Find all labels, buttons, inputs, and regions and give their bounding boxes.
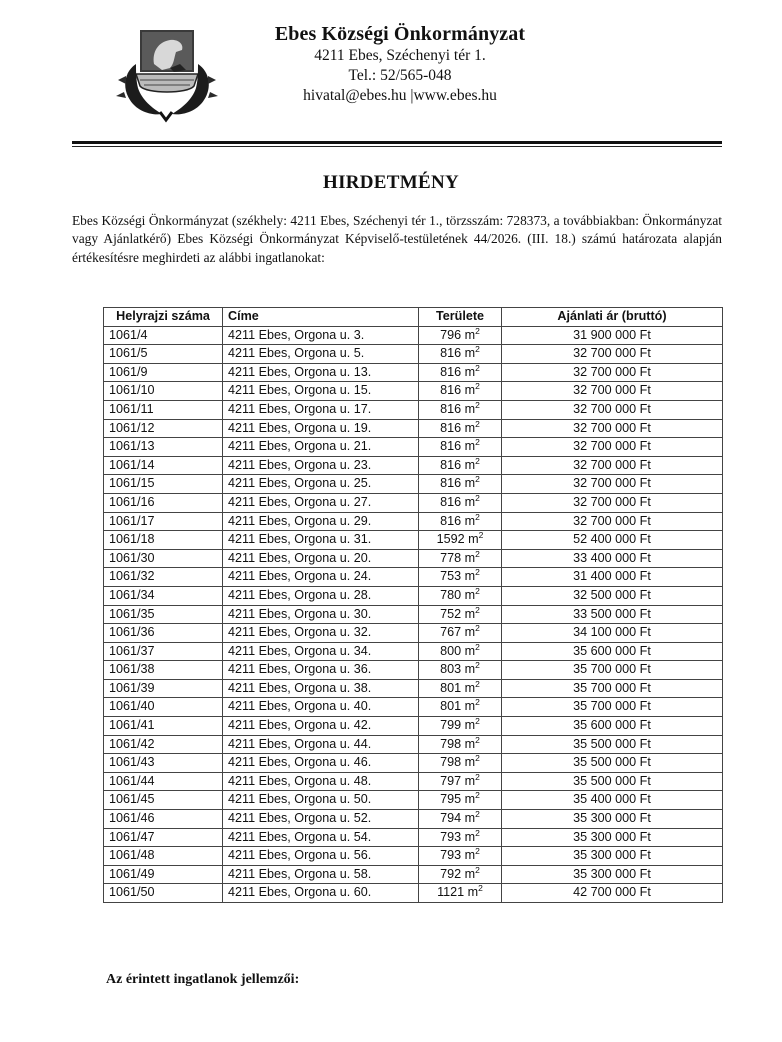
- area-unit: m: [465, 607, 476, 621]
- area-unit: m: [465, 625, 476, 639]
- cell-hrsz: 1061/36: [104, 624, 223, 643]
- area-unit-exponent: 2: [475, 605, 480, 615]
- area-unit: m: [465, 383, 476, 397]
- area-unit-exponent: 2: [475, 493, 480, 503]
- area-unit-exponent: 2: [475, 735, 480, 745]
- area-unit-exponent: 2: [475, 419, 480, 429]
- page-title: HIRDETMÉNY: [0, 172, 782, 194]
- cell-address: 4211 Ebes, Orgona u. 24.: [223, 568, 419, 587]
- cell-price: 35 700 000 Ft: [502, 679, 723, 698]
- cell-address: 4211 Ebes, Orgona u. 28.: [223, 586, 419, 605]
- cell-area: 793 m2: [419, 828, 502, 847]
- area-value: 816: [440, 383, 461, 397]
- column-header-area: Területe: [419, 308, 502, 327]
- area-unit: m: [468, 532, 479, 546]
- area-unit: m: [465, 569, 476, 583]
- cell-hrsz: 1061/38: [104, 661, 223, 680]
- cell-hrsz: 1061/47: [104, 828, 223, 847]
- area-unit-exponent: 2: [475, 623, 480, 633]
- area-value: 801: [440, 681, 461, 695]
- cell-address: 4211 Ebes, Orgona u. 32.: [223, 624, 419, 643]
- area-unit-exponent: 2: [475, 809, 480, 819]
- cell-area: 780 m2: [419, 586, 502, 605]
- cell-hrsz: 1061/13: [104, 438, 223, 457]
- table-row: 1061/164211 Ebes, Orgona u. 27.816 m232 …: [104, 493, 723, 512]
- cell-hrsz: 1061/48: [104, 847, 223, 866]
- area-value: 797: [440, 774, 461, 788]
- cell-price: 35 400 000 Ft: [502, 791, 723, 810]
- area-unit-exponent: 2: [475, 790, 480, 800]
- cell-address: 4211 Ebes, Orgona u. 46.: [223, 754, 419, 773]
- area-unit: m: [465, 662, 476, 676]
- header-divider: [72, 141, 722, 144]
- cell-price: 32 700 000 Ft: [502, 400, 723, 419]
- area-value: 793: [440, 830, 461, 844]
- cell-address: 4211 Ebes, Orgona u. 56.: [223, 847, 419, 866]
- cell-price: 35 700 000 Ft: [502, 661, 723, 680]
- table-row: 1061/144211 Ebes, Orgona u. 23.816 m232 …: [104, 456, 723, 475]
- area-value: 796: [440, 328, 461, 342]
- table-row: 1061/454211 Ebes, Orgona u. 50.795 m235 …: [104, 791, 723, 810]
- area-unit-exponent: 2: [475, 549, 480, 559]
- area-unit-exponent: 2: [475, 772, 480, 782]
- column-header-price: Ajánlati ár (bruttó): [502, 308, 723, 327]
- table-row: 1061/304211 Ebes, Orgona u. 20.778 m233 …: [104, 549, 723, 568]
- area-unit-exponent: 2: [475, 660, 480, 670]
- header-divider-thin: [72, 146, 722, 147]
- table-row: 1061/484211 Ebes, Orgona u. 56.793 m235 …: [104, 847, 723, 866]
- area-unit-exponent: 2: [475, 381, 480, 391]
- area-unit-exponent: 2: [475, 679, 480, 689]
- area-unit: m: [465, 681, 476, 695]
- cell-hrsz: 1061/43: [104, 754, 223, 773]
- cell-address: 4211 Ebes, Orgona u. 48.: [223, 772, 419, 791]
- cell-price: 32 700 000 Ft: [502, 456, 723, 475]
- area-value: 767: [440, 625, 461, 639]
- area-unit-exponent: 2: [475, 567, 480, 577]
- cell-price: 32 700 000 Ft: [502, 419, 723, 438]
- cell-price: 32 700 000 Ft: [502, 512, 723, 531]
- area-unit: m: [465, 551, 476, 565]
- cell-hrsz: 1061/17: [104, 512, 223, 531]
- table-row: 1061/494211 Ebes, Orgona u. 58.792 m235 …: [104, 865, 723, 884]
- cell-area: 794 m2: [419, 810, 502, 829]
- area-value: 794: [440, 811, 461, 825]
- cell-price: 34 100 000 Ft: [502, 624, 723, 643]
- cell-hrsz: 1061/41: [104, 717, 223, 736]
- intro-paragraph: Ebes Községi Önkormányzat (székhely: 421…: [72, 212, 722, 267]
- table-row: 1061/364211 Ebes, Orgona u. 32.767 m234 …: [104, 624, 723, 643]
- area-unit: m: [465, 439, 476, 453]
- cell-hrsz: 1061/49: [104, 865, 223, 884]
- area-unit: m: [465, 792, 476, 806]
- cell-price: 32 700 000 Ft: [502, 382, 723, 401]
- table-row: 1061/124211 Ebes, Orgona u. 19.816 m232 …: [104, 419, 723, 438]
- cell-hrsz: 1061/12: [104, 419, 223, 438]
- area-unit: m: [465, 588, 476, 602]
- area-unit-exponent: 2: [475, 697, 480, 707]
- cell-hrsz: 1061/35: [104, 605, 223, 624]
- organization-name: Ebes Községi Önkormányzat: [230, 22, 570, 46]
- cell-address: 4211 Ebes, Orgona u. 34.: [223, 642, 419, 661]
- area-value: 816: [440, 458, 461, 472]
- area-unit-exponent: 2: [475, 400, 480, 410]
- coat-of-arms-icon: [114, 24, 218, 124]
- cell-area: 1121 m2: [419, 884, 502, 903]
- cell-area: 792 m2: [419, 865, 502, 884]
- area-unit-exponent: 2: [475, 865, 480, 875]
- cell-hrsz: 1061/34: [104, 586, 223, 605]
- area-value: 1121: [437, 885, 464, 899]
- cell-price: 35 300 000 Ft: [502, 847, 723, 866]
- cell-area: 767 m2: [419, 624, 502, 643]
- cell-area: 816 m2: [419, 363, 502, 382]
- cell-price: 32 500 000 Ft: [502, 586, 723, 605]
- cell-price: 35 300 000 Ft: [502, 828, 723, 847]
- cell-price: 35 300 000 Ft: [502, 865, 723, 884]
- cell-price: 35 500 000 Ft: [502, 735, 723, 754]
- cell-address: 4211 Ebes, Orgona u. 20.: [223, 549, 419, 568]
- cell-area: 778 m2: [419, 549, 502, 568]
- area-unit-exponent: 2: [475, 586, 480, 596]
- cell-area: 799 m2: [419, 717, 502, 736]
- table-row: 1061/404211 Ebes, Orgona u. 40.801 m235 …: [104, 698, 723, 717]
- area-unit: m: [465, 365, 476, 379]
- cell-hrsz: 1061/16: [104, 493, 223, 512]
- area-unit-exponent: 2: [478, 883, 483, 893]
- cell-area: 801 m2: [419, 698, 502, 717]
- cell-price: 42 700 000 Ft: [502, 884, 723, 903]
- cell-address: 4211 Ebes, Orgona u. 40.: [223, 698, 419, 717]
- table-row: 1061/344211 Ebes, Orgona u. 28.780 m232 …: [104, 586, 723, 605]
- area-unit: m: [465, 644, 476, 658]
- area-value: 803: [440, 662, 461, 676]
- cell-area: 798 m2: [419, 735, 502, 754]
- cell-hrsz: 1061/45: [104, 791, 223, 810]
- area-value: 816: [440, 495, 461, 509]
- table-row: 1061/474211 Ebes, Orgona u. 54.793 m235 …: [104, 828, 723, 847]
- cell-area: 816 m2: [419, 512, 502, 531]
- area-value: 816: [440, 346, 461, 360]
- area-value: 752: [440, 607, 461, 621]
- area-unit: m: [465, 476, 476, 490]
- cell-address: 4211 Ebes, Orgona u. 27.: [223, 493, 419, 512]
- cell-hrsz: 1061/14: [104, 456, 223, 475]
- area-value: 793: [440, 848, 461, 862]
- area-unit: m: [465, 495, 476, 509]
- area-unit: m: [465, 755, 476, 769]
- cell-hrsz: 1061/11: [104, 400, 223, 419]
- area-value: 801: [440, 699, 461, 713]
- cell-address: 4211 Ebes, Orgona u. 31.: [223, 531, 419, 550]
- table-row: 1061/424211 Ebes, Orgona u. 44.798 m235 …: [104, 735, 723, 754]
- table-row: 1061/104211 Ebes, Orgona u. 15.816 m232 …: [104, 382, 723, 401]
- cell-price: 32 700 000 Ft: [502, 475, 723, 494]
- cell-area: 816 m2: [419, 400, 502, 419]
- area-unit: m: [465, 346, 476, 360]
- area-value: 778: [440, 551, 461, 565]
- table-row: 1061/504211 Ebes, Orgona u. 60.1121 m242…: [104, 884, 723, 903]
- area-unit: m: [465, 867, 476, 881]
- cell-address: 4211 Ebes, Orgona u. 29.: [223, 512, 419, 531]
- table-row: 1061/174211 Ebes, Orgona u. 29.816 m232 …: [104, 512, 723, 531]
- cell-area: 796 m2: [419, 326, 502, 345]
- area-unit-exponent: 2: [475, 456, 480, 466]
- area-unit: m: [465, 737, 476, 751]
- organization-phone: Tel.: 52/565-048: [230, 66, 570, 86]
- table-row: 1061/354211 Ebes, Orgona u. 30.752 m233 …: [104, 605, 723, 624]
- cell-area: 816 m2: [419, 345, 502, 364]
- cell-area: 798 m2: [419, 754, 502, 773]
- table-row: 1061/444211 Ebes, Orgona u. 48.797 m235 …: [104, 772, 723, 791]
- cell-area: 803 m2: [419, 661, 502, 680]
- cell-area: 753 m2: [419, 568, 502, 587]
- cell-hrsz: 1061/4: [104, 326, 223, 345]
- area-unit: m: [465, 514, 476, 528]
- area-unit: m: [465, 328, 476, 342]
- area-unit-exponent: 2: [475, 828, 480, 838]
- area-value: 816: [440, 439, 461, 453]
- table-row: 1061/374211 Ebes, Orgona u. 34.800 m235 …: [104, 642, 723, 661]
- cell-area: 801 m2: [419, 679, 502, 698]
- cell-area: 795 m2: [419, 791, 502, 810]
- cell-hrsz: 1061/30: [104, 549, 223, 568]
- table-row: 1061/154211 Ebes, Orgona u. 25.816 m232 …: [104, 475, 723, 494]
- area-unit: m: [465, 848, 476, 862]
- area-unit-exponent: 2: [475, 326, 480, 336]
- area-unit: m: [468, 885, 479, 899]
- organization-contact: hivatal@ebes.hu |www.ebes.hu: [230, 86, 570, 106]
- table-row: 1061/94211 Ebes, Orgona u. 13.816 m232 7…: [104, 363, 723, 382]
- organization-address: 4211 Ebes, Széchenyi tér 1.: [230, 46, 570, 66]
- cell-address: 4211 Ebes, Orgona u. 58.: [223, 865, 419, 884]
- cell-address: 4211 Ebes, Orgona u. 13.: [223, 363, 419, 382]
- property-table: Helyrajzi száma Címe Területe Ajánlati á…: [103, 307, 723, 903]
- cell-address: 4211 Ebes, Orgona u. 19.: [223, 419, 419, 438]
- cell-address: 4211 Ebes, Orgona u. 15.: [223, 382, 419, 401]
- area-value: 800: [440, 644, 461, 658]
- cell-hrsz: 1061/44: [104, 772, 223, 791]
- area-value: 795: [440, 792, 461, 806]
- column-header-hrsz: Helyrajzi száma: [104, 308, 223, 327]
- cell-area: 816 m2: [419, 419, 502, 438]
- cell-price: 35 700 000 Ft: [502, 698, 723, 717]
- cell-area: 793 m2: [419, 847, 502, 866]
- cell-price: 33 400 000 Ft: [502, 549, 723, 568]
- cell-price: 32 700 000 Ft: [502, 493, 723, 512]
- cell-hrsz: 1061/50: [104, 884, 223, 903]
- cell-price: 35 600 000 Ft: [502, 717, 723, 736]
- cell-price: 35 600 000 Ft: [502, 642, 723, 661]
- cell-price: 35 300 000 Ft: [502, 810, 723, 829]
- area-unit-exponent: 2: [475, 437, 480, 447]
- cell-address: 4211 Ebes, Orgona u. 23.: [223, 456, 419, 475]
- area-unit: m: [465, 811, 476, 825]
- area-value: 792: [440, 867, 461, 881]
- cell-hrsz: 1061/40: [104, 698, 223, 717]
- area-unit: m: [465, 699, 476, 713]
- cell-hrsz: 1061/9: [104, 363, 223, 382]
- cell-area: 816 m2: [419, 456, 502, 475]
- cell-price: 32 700 000 Ft: [502, 438, 723, 457]
- cell-address: 4211 Ebes, Orgona u. 38.: [223, 679, 419, 698]
- cell-area: 816 m2: [419, 382, 502, 401]
- cell-address: 4211 Ebes, Orgona u. 3.: [223, 326, 419, 345]
- area-unit-exponent: 2: [475, 474, 480, 484]
- cell-address: 4211 Ebes, Orgona u. 21.: [223, 438, 419, 457]
- cell-area: 800 m2: [419, 642, 502, 661]
- cell-hrsz: 1061/37: [104, 642, 223, 661]
- area-unit-exponent: 2: [475, 512, 480, 522]
- table-header-row: Helyrajzi száma Címe Területe Ajánlati á…: [104, 308, 723, 327]
- cell-address: 4211 Ebes, Orgona u. 54.: [223, 828, 419, 847]
- area-unit-exponent: 2: [475, 642, 480, 652]
- area-value: 816: [440, 476, 461, 490]
- area-value: 799: [440, 718, 461, 732]
- cell-area: 816 m2: [419, 438, 502, 457]
- cell-area: 752 m2: [419, 605, 502, 624]
- cell-area: 1592 m2: [419, 531, 502, 550]
- table-row: 1061/114211 Ebes, Orgona u. 17.816 m232 …: [104, 400, 723, 419]
- cell-hrsz: 1061/46: [104, 810, 223, 829]
- table-row: 1061/54211 Ebes, Orgona u. 5.816 m232 70…: [104, 345, 723, 364]
- area-unit: m: [465, 718, 476, 732]
- cell-price: 31 400 000 Ft: [502, 568, 723, 587]
- area-unit-exponent: 2: [475, 363, 480, 373]
- area-value: 798: [440, 737, 461, 751]
- area-value: 780: [440, 588, 461, 602]
- area-unit: m: [465, 774, 476, 788]
- area-value: 753: [440, 569, 461, 583]
- area-unit-exponent: 2: [479, 530, 484, 540]
- cell-address: 4211 Ebes, Orgona u. 5.: [223, 345, 419, 364]
- area-unit-exponent: 2: [475, 846, 480, 856]
- table-row: 1061/464211 Ebes, Orgona u. 52.794 m235 …: [104, 810, 723, 829]
- cell-address: 4211 Ebes, Orgona u. 44.: [223, 735, 419, 754]
- table-row: 1061/384211 Ebes, Orgona u. 36.803 m235 …: [104, 661, 723, 680]
- cell-area: 816 m2: [419, 475, 502, 494]
- cell-area: 797 m2: [419, 772, 502, 791]
- cell-price: 31 900 000 Ft: [502, 326, 723, 345]
- table-row: 1061/184211 Ebes, Orgona u. 31.1592 m252…: [104, 531, 723, 550]
- table-row: 1061/324211 Ebes, Orgona u. 24.753 m231 …: [104, 568, 723, 587]
- cell-address: 4211 Ebes, Orgona u. 42.: [223, 717, 419, 736]
- area-unit-exponent: 2: [475, 716, 480, 726]
- area-unit-exponent: 2: [475, 753, 480, 763]
- table-row: 1061/434211 Ebes, Orgona u. 46.798 m235 …: [104, 754, 723, 773]
- cell-address: 4211 Ebes, Orgona u. 50.: [223, 791, 419, 810]
- cell-hrsz: 1061/5: [104, 345, 223, 364]
- letterhead: Ebes Községi Önkormányzat 4211 Ebes, Szé…: [230, 22, 570, 106]
- area-value: 798: [440, 755, 461, 769]
- area-unit: m: [465, 402, 476, 416]
- cell-address: 4211 Ebes, Orgona u. 36.: [223, 661, 419, 680]
- table-row: 1061/414211 Ebes, Orgona u. 42.799 m235 …: [104, 717, 723, 736]
- area-unit: m: [465, 830, 476, 844]
- cell-price: 33 500 000 Ft: [502, 605, 723, 624]
- area-unit-exponent: 2: [475, 344, 480, 354]
- section-subheading: Az érintett ingatlanok jellemzői:: [106, 972, 299, 988]
- cell-price: 35 500 000 Ft: [502, 772, 723, 791]
- area-unit: m: [465, 458, 476, 472]
- cell-address: 4211 Ebes, Orgona u. 52.: [223, 810, 419, 829]
- cell-hrsz: 1061/32: [104, 568, 223, 587]
- cell-hrsz: 1061/10: [104, 382, 223, 401]
- table-row: 1061/394211 Ebes, Orgona u. 38.801 m235 …: [104, 679, 723, 698]
- cell-price: 52 400 000 Ft: [502, 531, 723, 550]
- cell-address: 4211 Ebes, Orgona u. 30.: [223, 605, 419, 624]
- area-unit: m: [465, 421, 476, 435]
- cell-area: 816 m2: [419, 493, 502, 512]
- table-row: 1061/134211 Ebes, Orgona u. 21.816 m232 …: [104, 438, 723, 457]
- cell-price: 32 700 000 Ft: [502, 345, 723, 364]
- area-value: 816: [440, 365, 461, 379]
- area-value: 816: [440, 514, 461, 528]
- cell-hrsz: 1061/39: [104, 679, 223, 698]
- cell-price: 35 500 000 Ft: [502, 754, 723, 773]
- area-value: 1592: [437, 532, 465, 546]
- cell-address: 4211 Ebes, Orgona u. 17.: [223, 400, 419, 419]
- cell-address: 4211 Ebes, Orgona u. 25.: [223, 475, 419, 494]
- cell-hrsz: 1061/18: [104, 531, 223, 550]
- area-value: 816: [440, 421, 461, 435]
- cell-hrsz: 1061/42: [104, 735, 223, 754]
- area-value: 816: [440, 402, 461, 416]
- table-row: 1061/44211 Ebes, Orgona u. 3.796 m231 90…: [104, 326, 723, 345]
- cell-price: 32 700 000 Ft: [502, 363, 723, 382]
- column-header-address: Címe: [223, 308, 419, 327]
- cell-address: 4211 Ebes, Orgona u. 60.: [223, 884, 419, 903]
- cell-hrsz: 1061/15: [104, 475, 223, 494]
